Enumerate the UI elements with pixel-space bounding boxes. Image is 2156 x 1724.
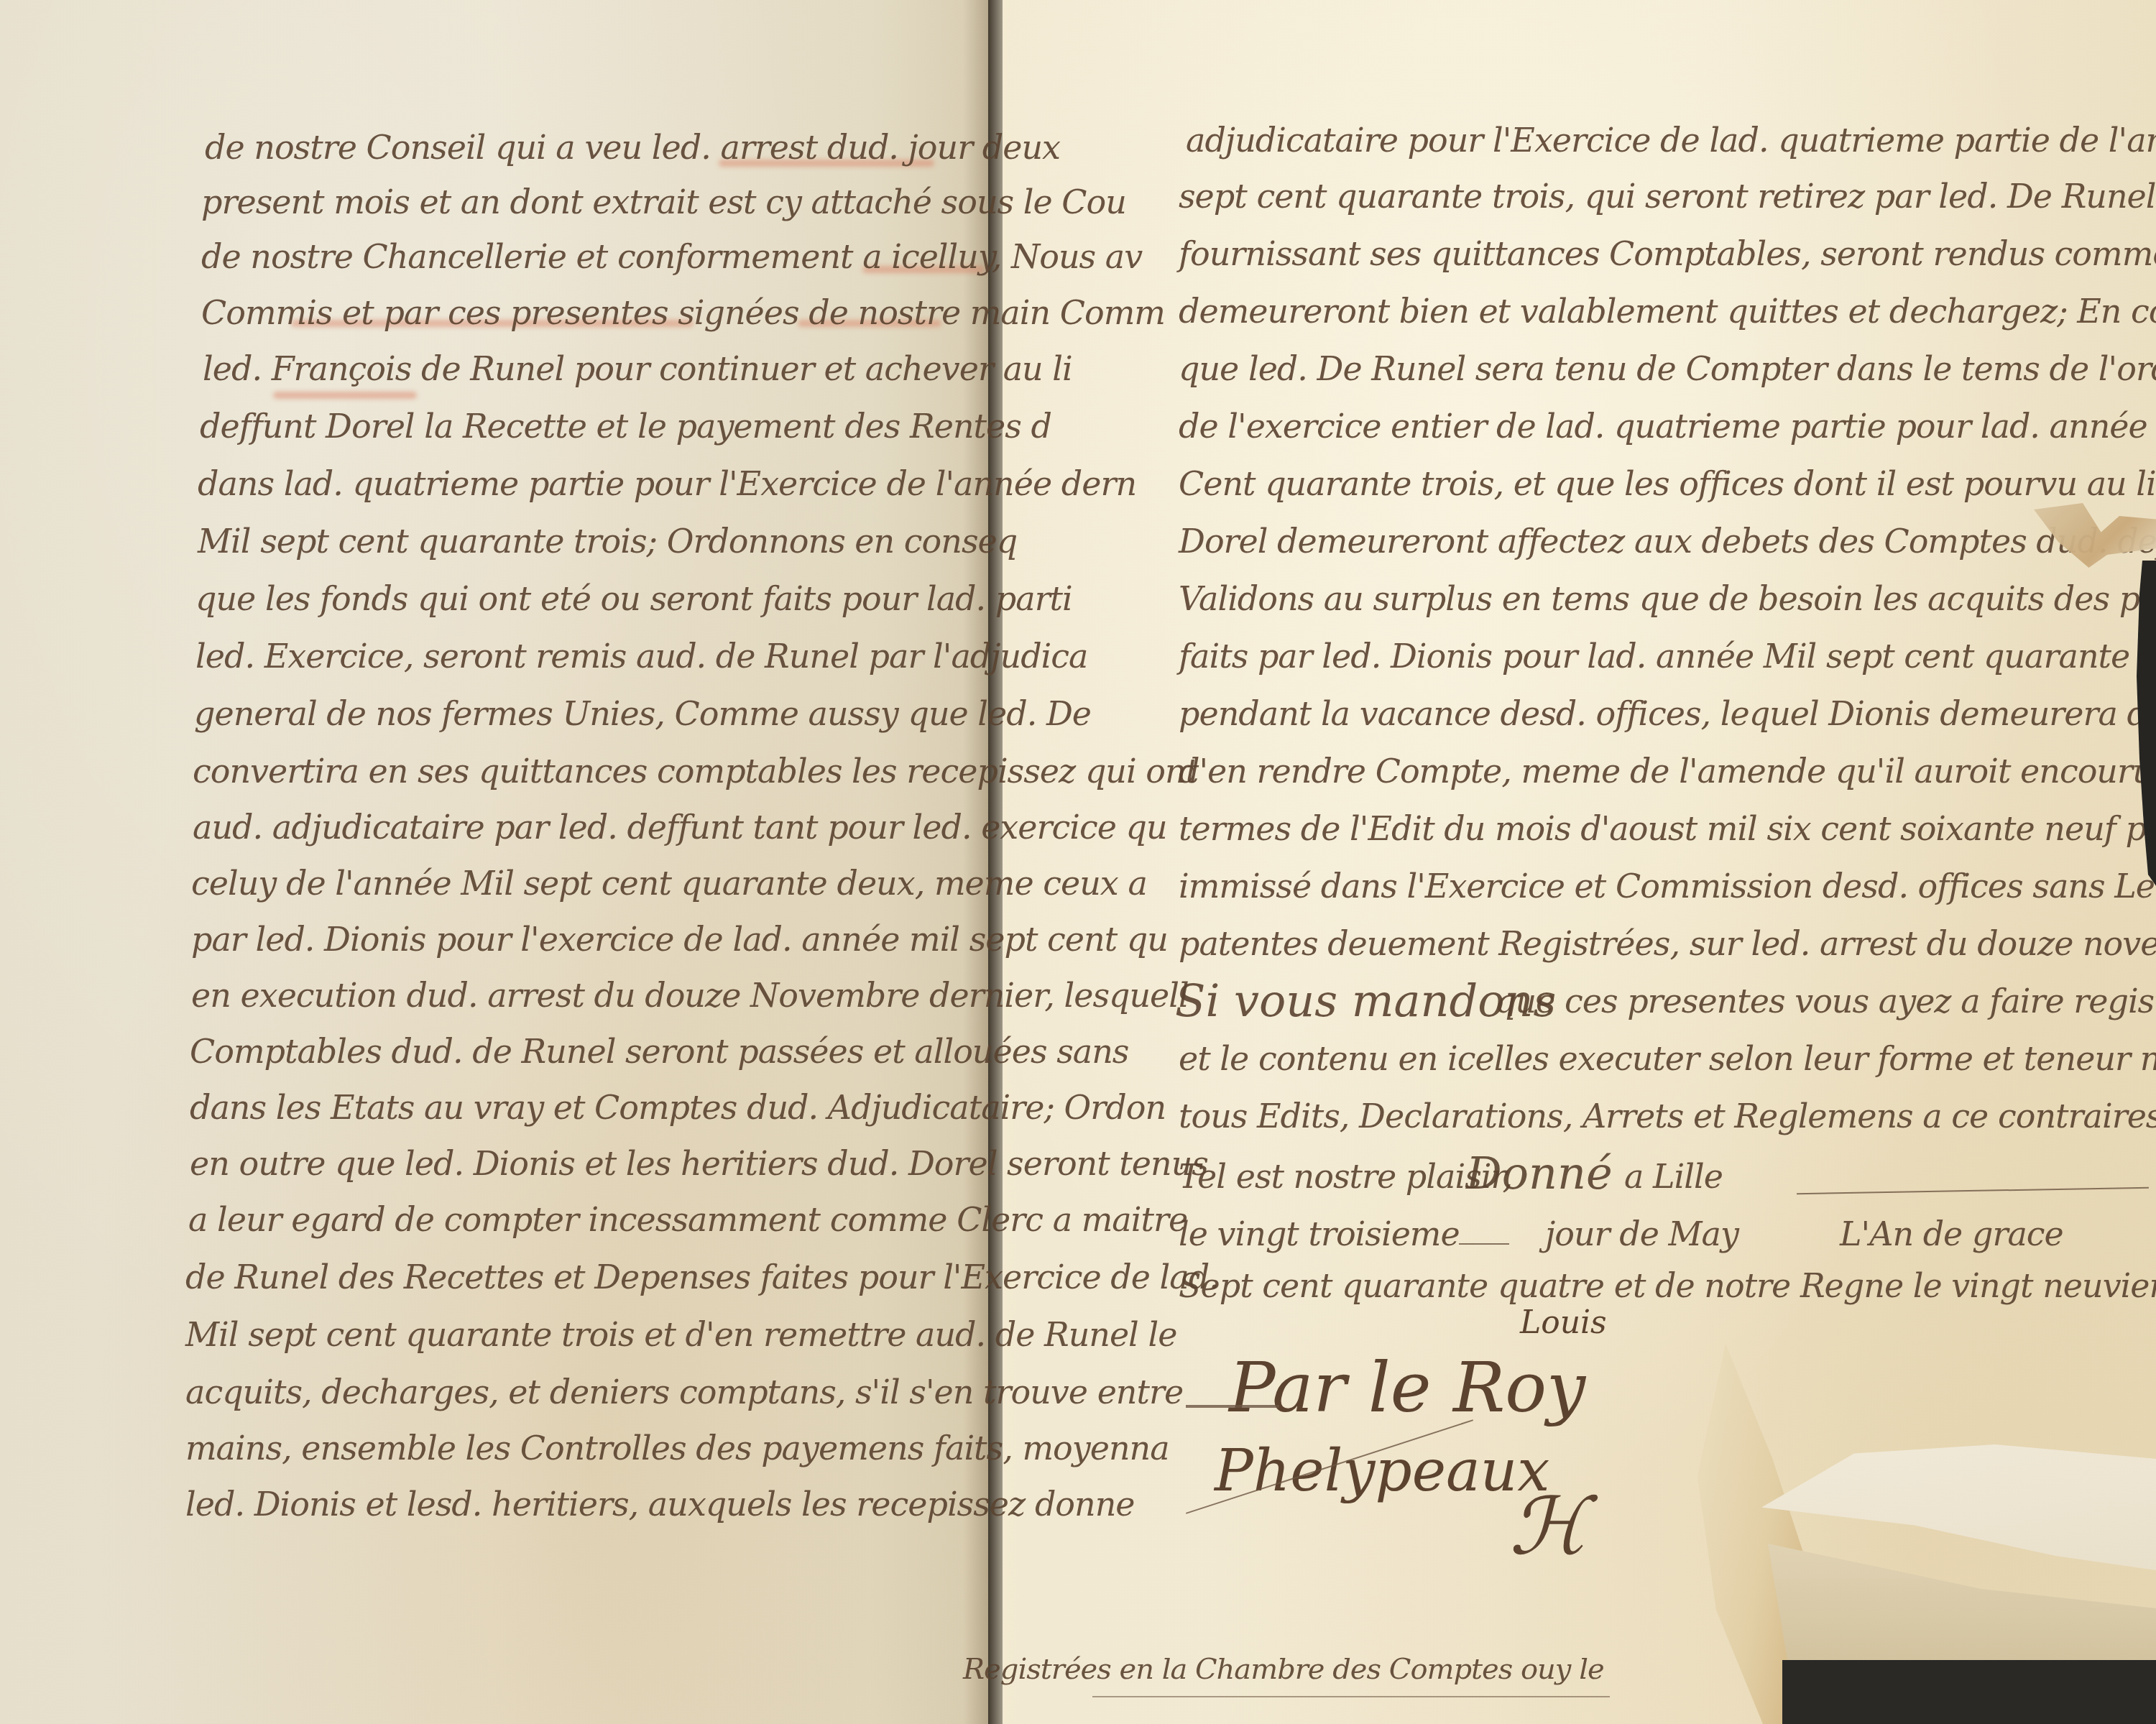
right-line-7: Cent quarante trois, et que les offices … bbox=[1179, 464, 2156, 503]
signature-louis: Louis bbox=[1520, 1304, 1607, 1341]
right-line-1: adjudicataire pour l'Exercice de lad. qu… bbox=[1186, 121, 2156, 160]
jour-de-may: jour de May bbox=[1545, 1214, 1738, 1253]
right-line-21: Sept cent quarante quatre et de notre Re… bbox=[1179, 1266, 2156, 1305]
left-line-8: Mil sept cent quarante trois; Ordonnons … bbox=[198, 522, 1017, 561]
right-line-12: d'en rendre Compte, meme de l'amende qu'… bbox=[1179, 752, 2156, 790]
left-line-12: convertira en ses quittances comptables … bbox=[193, 752, 1198, 790]
left-line-16: en execution dud. arrest du douze Novemb… bbox=[191, 976, 1189, 1015]
left-line-19: en outre que led. Dionis et les heritier… bbox=[190, 1144, 1208, 1183]
right-line-8: Dorel demeureront affectez aux debets de… bbox=[1179, 522, 2156, 561]
left-line-17: Comptables dud. de Runel seront passées … bbox=[190, 1032, 1128, 1071]
left-line-18: dans les Etats au vray et Comptes dud. A… bbox=[190, 1088, 1166, 1127]
left-line-6: deffunt Dorel la Recette et le payement … bbox=[200, 407, 1051, 446]
right-line-20: le vingt troisieme bbox=[1179, 1214, 1460, 1253]
signature-flourish bbox=[1186, 1405, 1279, 1408]
right-line-3: fournissant ses quittances Comptables, s… bbox=[1179, 234, 2156, 273]
left-line-11: general de nos fermes Unies, Comme aussy… bbox=[194, 694, 1091, 733]
right-line-4: demeureront bien et valablement quittes … bbox=[1179, 292, 2156, 331]
registration-underline bbox=[1092, 1696, 1610, 1697]
right-line-13: termes de l'Edit du mois d'aoust mil six… bbox=[1179, 809, 2156, 848]
right-line-15: patentes deuement Registrées, sur led. a… bbox=[1179, 924, 2156, 963]
left-line-5: led. François de Runel pour continuer et… bbox=[203, 349, 1072, 388]
dash-rule bbox=[1459, 1243, 1509, 1245]
left-line-22: Mil sept cent quarante trois et d'en rem… bbox=[185, 1315, 1176, 1354]
signature-phelypeaux: Phelypeaux bbox=[1215, 1437, 1549, 1504]
right-line-6: de l'exercice entier de lad. quatrieme p… bbox=[1179, 407, 2156, 446]
signature-par-le-roy: Par le Roy bbox=[1229, 1347, 1585, 1428]
right-line-17: et le contenu en icelles executer selon … bbox=[1179, 1039, 2156, 1078]
left-line-2: present mois et an dont extrait est cy a… bbox=[201, 183, 1126, 221]
right-line-5: que led. De Runel sera tenu de Compter d… bbox=[1179, 349, 2156, 388]
right-line-11: pendant la vacance desd. offices, lequel… bbox=[1179, 694, 2156, 733]
left-line-21: de Runel des Recettes et Depenses faites… bbox=[185, 1258, 1219, 1296]
a-lille: a Lille bbox=[1624, 1157, 1723, 1196]
left-line-24: mains, ensemble les Controlles des payem… bbox=[185, 1429, 1169, 1467]
left-line-25: led. Dionis et lesd. heritiers, auxquels… bbox=[185, 1485, 1135, 1524]
right-line-16: que ces presentes vous ayez a faire regi… bbox=[1495, 982, 2156, 1020]
left-line-20: a leur egard de compter incessamment com… bbox=[188, 1200, 1187, 1239]
right-line-10: faits par led. Dionis pour lad. année Mi… bbox=[1179, 637, 2152, 676]
left-line-3: de nostre Chancellerie et conformement a… bbox=[201, 237, 1142, 276]
right-line-9: Validons au surplus en tems que de besoi… bbox=[1179, 579, 2139, 618]
paraph-monogram: ℋ bbox=[1509, 1480, 1588, 1572]
lan-de-grace: L'An de grace bbox=[1840, 1214, 2063, 1253]
left-line-1: de nostre Conseil qui a veu led. arrest … bbox=[205, 128, 1060, 167]
left-line-23: acquits, decharges, et deniers comptans,… bbox=[185, 1373, 1183, 1411]
rubric-highlight bbox=[273, 392, 417, 399]
registration-note: Registrées en la Chambre des Comptes ouy… bbox=[963, 1653, 1604, 1686]
right-line-18: tous Edits, Declarations, Arrets et Regl… bbox=[1179, 1097, 2156, 1135]
right-line-19: Tel est nostre plaisir, bbox=[1179, 1157, 1512, 1196]
left-line-14: celuy de l'année Mil sept cent quarante … bbox=[191, 864, 1147, 903]
left-line-13: aud. adjudicataire par led. deffunt tant… bbox=[193, 808, 1167, 847]
dark-background bbox=[1782, 1660, 2156, 1724]
left-line-10: led. Exercice, seront remis aud. de Rune… bbox=[195, 637, 1088, 676]
left-line-9: que les fonds qui ont eté ou seront fait… bbox=[195, 579, 1072, 618]
left-line-4: Commis et par ces presentes signées de n… bbox=[201, 293, 1165, 332]
manuscript-spread: de nostre Conseil qui a veu led. arrest … bbox=[0, 0, 2156, 1724]
left-line-7: dans lad. quatrieme partie pour l'Exerci… bbox=[198, 464, 1136, 503]
right-line-2: sept cent quarante trois, qui seront ret… bbox=[1179, 177, 2156, 216]
donne-word: Donné bbox=[1466, 1147, 1613, 1199]
left-line-15: par led. Dionis pour l'exercice de lad. … bbox=[191, 920, 1168, 959]
right-line-14: immissé dans l'Exercice et Commission de… bbox=[1179, 867, 2156, 905]
